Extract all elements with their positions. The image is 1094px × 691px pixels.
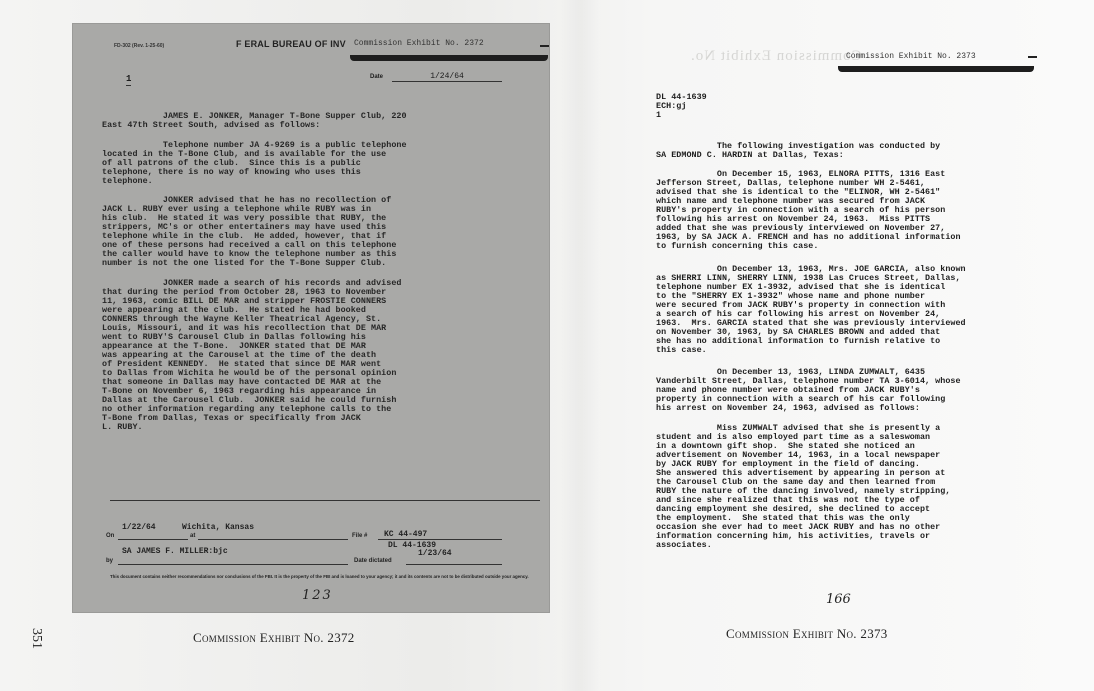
paragraph-4: JONKER made a search of his records and … — [102, 279, 401, 432]
on-label: On — [106, 533, 114, 539]
date-dictated-line — [406, 564, 502, 565]
file-header: DL 44-1639 ECH:gj 1 — [656, 93, 707, 120]
file-value: KC 44-497 — [384, 530, 427, 539]
date-label: Date — [370, 74, 383, 80]
serial-number: 1 — [126, 74, 131, 86]
exhibit-strip-dash — [540, 45, 549, 47]
form-number: FD-302 (Rev. 1-25-60) — [114, 43, 164, 49]
volume-page-number: 351 — [28, 628, 44, 649]
paragraph-1: The following investigation was conducte… — [656, 142, 940, 160]
exhibit-strip: Commission Exhibit No. 2373 — [838, 48, 1038, 78]
exhibit-2373-caption: Commission Exhibit No. 2373 — [726, 626, 888, 642]
by-label: by — [106, 558, 113, 564]
date-dictated-label: Date dictated — [354, 558, 392, 564]
date-value: 1/24/64 — [392, 72, 502, 82]
exhibit-strip-bar — [838, 66, 1034, 72]
file-label: File # — [352, 533, 367, 539]
exhibit-2372-document: FD-302 (Rev. 1-25-60) F ERAL BUREAU OF I… — [72, 23, 550, 613]
bleed-through-text: Commission Exhibit No. — [690, 48, 862, 65]
paragraph-4: On December 13, 1963, LINDA ZUMWALT, 643… — [656, 368, 961, 413]
paragraph-3: JONKER advised that he has no recollecti… — [102, 196, 396, 268]
date-dictated-value: 1/23/64 — [418, 549, 452, 558]
paragraph-2: Telephone number JA 4-9269 is a public t… — [102, 141, 407, 186]
on-line — [118, 539, 188, 540]
exhibit-strip-dash — [1028, 56, 1037, 58]
exhibit-strip-bar — [350, 55, 548, 61]
at-label: at — [190, 533, 195, 539]
by-line — [118, 564, 348, 565]
at-value: Wichita, Kansas — [182, 523, 254, 532]
handwritten-page-number: 166 — [826, 592, 851, 607]
on-value: 1/22/64 — [122, 523, 156, 532]
exhibit-2372-caption: Commission Exhibit No. 2372 — [193, 630, 355, 646]
exhibit-strip-label: Commission Exhibit No. 2373 — [846, 52, 976, 61]
agency-header: F ERAL BUREAU OF INV — [236, 39, 346, 49]
fbi-disclaimer: This document contains neither recommend… — [110, 574, 540, 580]
by-value: SA JAMES F. MILLER:bjc — [122, 547, 228, 556]
at-line — [198, 539, 348, 540]
page-gutter — [560, 0, 600, 691]
file-line — [378, 539, 502, 540]
exhibit-strip: Commission Exhibit No. 2372 — [350, 37, 550, 67]
paragraph-2: On December 15, 1963, ELNORA PITTS, 1316… — [656, 170, 961, 251]
paragraph-5: Miss ZUMWALT advised that she is present… — [656, 424, 950, 550]
handwritten-page-number: 123 — [302, 588, 333, 603]
exhibit-strip-label: Commission Exhibit No. 2372 — [354, 39, 484, 48]
paragraph-3: On December 13, 1963, Mrs. JOE GARCIA, a… — [656, 265, 966, 355]
form-divider — [110, 500, 540, 501]
paragraph-1: JAMES E. JONKER, Manager T-Bone Supper C… — [102, 112, 407, 130]
